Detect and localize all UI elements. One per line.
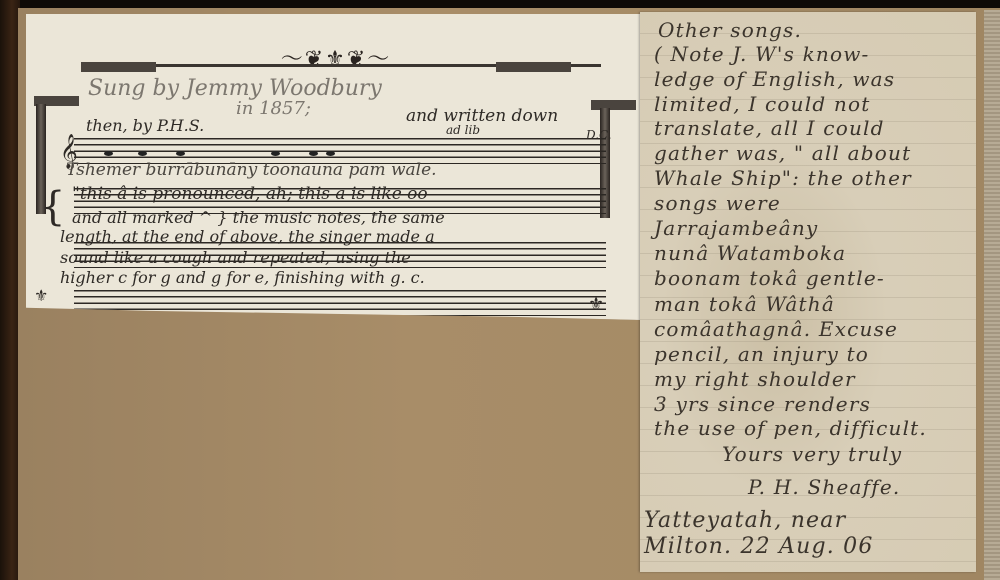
letter-line: boonam tokâ gentle-: [654, 266, 885, 290]
letter-line: comâathagnâ. Excuse: [654, 317, 898, 341]
letter-line: ( Note J. W's know-: [654, 42, 870, 66]
year-text: in 1857;: [236, 98, 311, 119]
address-line: Yatteyatah, near: [644, 508, 846, 533]
pronunciation-note-4: sound like a cough and repeated, using t…: [60, 248, 411, 267]
brace-icon: {: [40, 184, 65, 230]
letter-line: 3 yrs since renders: [654, 392, 871, 416]
frame-cap-outer-right: [591, 100, 636, 110]
written-down-text: and written down: [406, 106, 558, 126]
letter-line: songs were: [654, 191, 781, 215]
note: [176, 151, 185, 156]
letter-line: man tokâ Wâthâ: [654, 292, 835, 316]
letter-line: gather was, " all about: [654, 141, 911, 165]
sung-by-text: Sung by Jemmy Woodbury: [88, 76, 382, 101]
letter-line: translate, all I could: [654, 116, 885, 140]
handwritten-letter: Other songs. ( Note J. W's know- ledge o…: [640, 12, 976, 572]
letter-line: limited, I could not: [654, 92, 870, 116]
pronunciation-note-5: higher c for g and g for e, finishing wi…: [60, 268, 425, 287]
note: [326, 151, 335, 156]
ad-lib-text: ad lib: [446, 123, 480, 137]
note: [138, 151, 147, 156]
frame-cap-left: [81, 62, 156, 72]
note: [104, 151, 113, 156]
then-by-text: then, by P.H.S.: [86, 116, 204, 135]
letter-line: Jarrajambeâny: [654, 216, 818, 240]
closing-salutation: Yours very truly: [722, 442, 902, 466]
date-line: Milton. 22 Aug. 06: [644, 534, 874, 559]
cloth-edge: [984, 10, 1000, 580]
letter-line: nunâ Watamboka: [654, 241, 846, 265]
letter-line: ledge of English, was: [654, 67, 895, 91]
acanthus-ornament-icon: ⚜: [34, 286, 48, 305]
letter-line: my right shoulder: [654, 367, 856, 391]
letter-line: Whale Ship": the other: [654, 166, 912, 190]
note: [271, 151, 280, 156]
letter-line: Other songs.: [658, 18, 802, 42]
acanthus-ornament-icon: ⚜: [588, 294, 604, 315]
lyric-line: Tshemer burrābunāny toonauna pam wale.: [66, 160, 437, 180]
album-spine: [0, 0, 20, 580]
music-clipping: 〜❦⚜❦〜 Sung by Jemmy Woodbury in 1857; th…: [26, 14, 642, 320]
pronunciation-note-2: and all marked ^ } the music notes, the …: [72, 208, 445, 227]
letter-line: the use of pen, difficult.: [654, 416, 927, 440]
signature: P. H. Sheaffe.: [748, 475, 900, 499]
letter-line: pencil, an injury to: [654, 342, 869, 366]
note: [309, 151, 318, 156]
pronunciation-note-1: "this â is pronounced, ah; this a is lik…: [72, 184, 428, 204]
frame-cap-right: [496, 62, 571, 72]
